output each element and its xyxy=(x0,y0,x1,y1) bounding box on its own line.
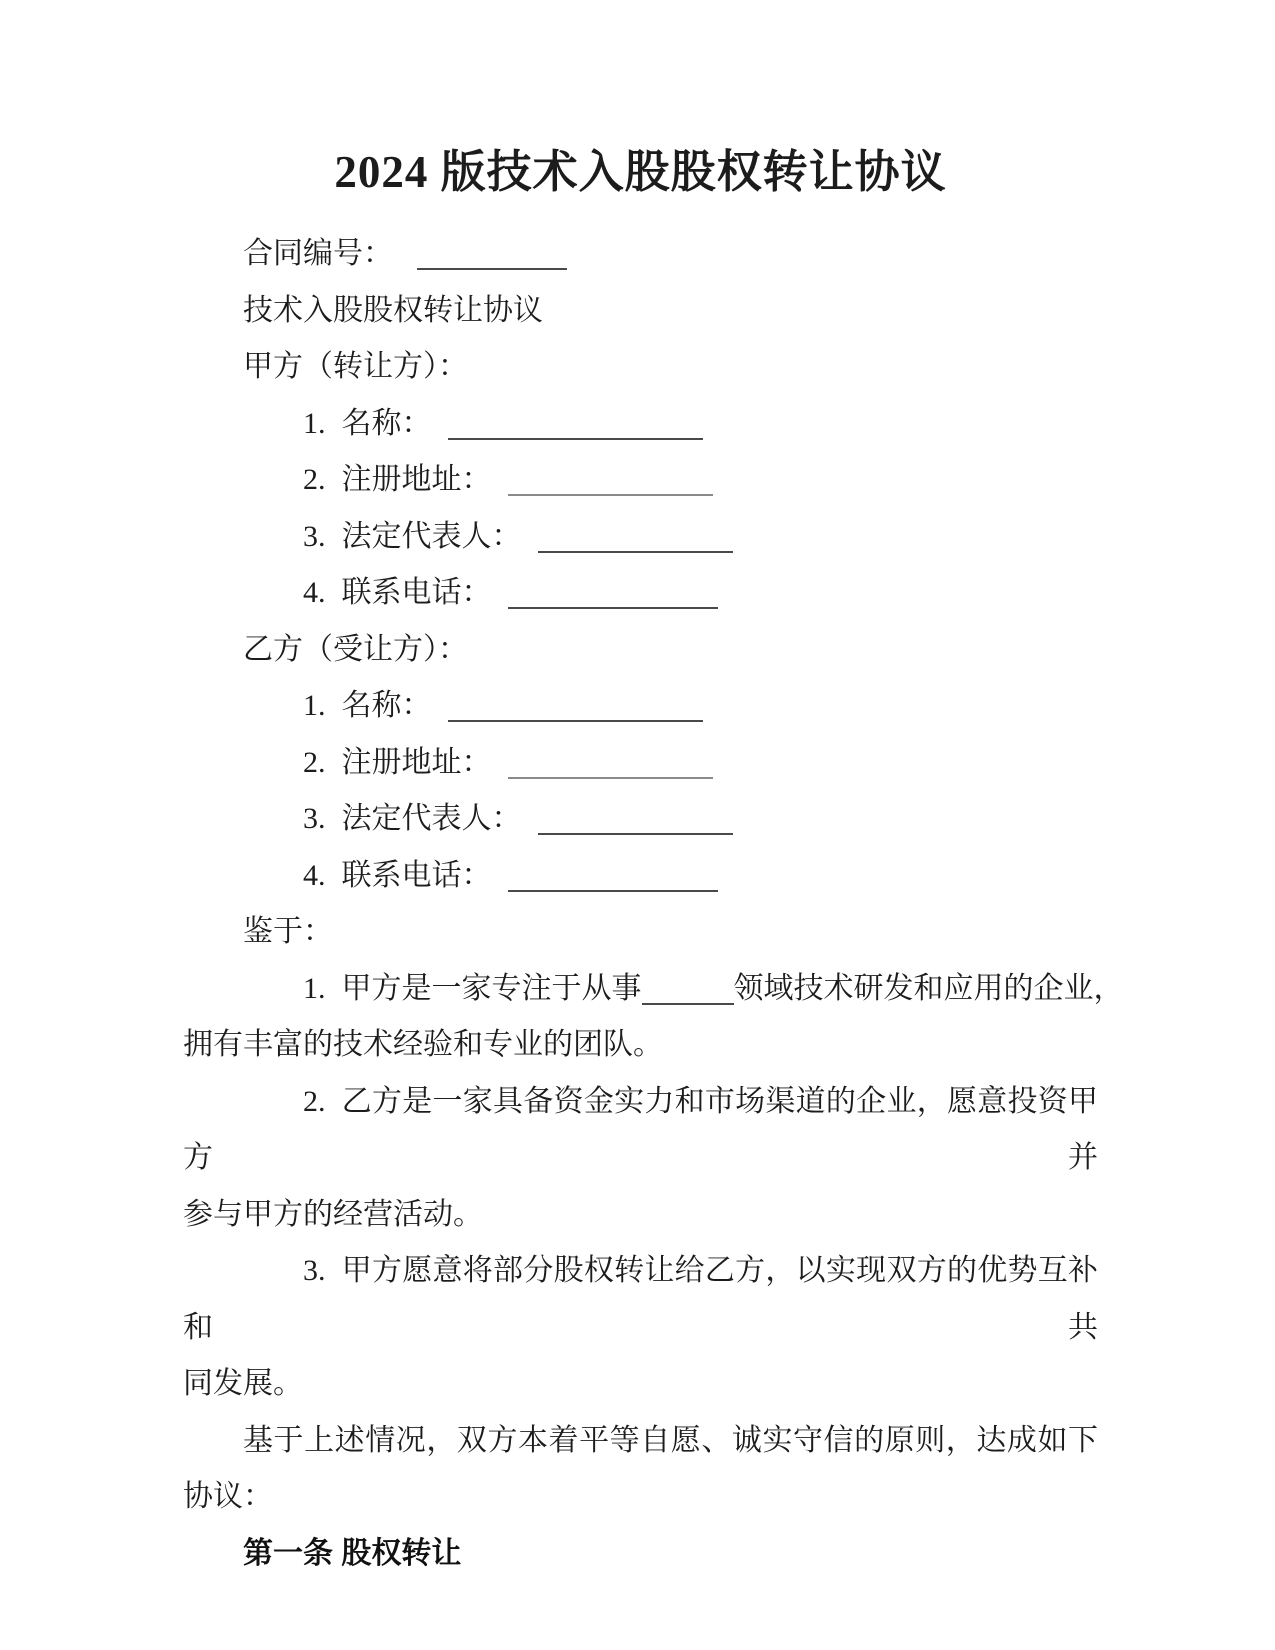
document-title: 2024 版技术入股股权转让协议 xyxy=(183,140,1098,204)
list-number: 4. xyxy=(243,565,326,622)
recital-3-line-2: 同发展。 xyxy=(183,1356,1098,1413)
list-number: 1. xyxy=(243,678,326,735)
party-b-name-blank[interactable] xyxy=(448,688,703,722)
list-number: 4. xyxy=(243,848,326,905)
recital-3-line-1: 3.甲方愿意将部分股权转让给乙方，以实现双方的优势互补和共 xyxy=(183,1243,1098,1356)
party-a-item-legal-rep: 3.法定代表人： xyxy=(183,509,1098,566)
party-b-address-label: 注册地址： xyxy=(342,746,492,779)
party-a-phone-label: 联系电话： xyxy=(342,576,492,609)
party-b-heading: 乙方（受让方）： xyxy=(183,622,1098,679)
party-b-phone-label: 联系电话： xyxy=(342,859,492,892)
party-a-phone-blank[interactable] xyxy=(508,575,718,609)
list-number: 3. xyxy=(243,791,326,848)
contract-number-line: 合同编号： xyxy=(183,226,1098,283)
recital-2-line-1: 2.乙方是一家具备资金实力和市场渠道的企业，愿意投资甲方并 xyxy=(183,1074,1098,1187)
party-b-legal-rep-blank[interactable] xyxy=(538,801,733,835)
closing-statement-line-2: 协议： xyxy=(183,1469,1098,1526)
recital-1-field-blank[interactable] xyxy=(642,971,734,1005)
party-b-name-label: 名称： xyxy=(342,689,432,722)
party-a-address-label: 注册地址： xyxy=(342,463,492,496)
recital-2-line-2: 参与甲方的经营活动。 xyxy=(183,1187,1098,1244)
recital-1-line-1: 1.甲方是一家专注于从事领域技术研发和应用的企业， xyxy=(183,961,1098,1018)
closing-statement-line-1: 基于上述情况，双方本着平等自愿、诚实守信的原则，达成如下 xyxy=(183,1413,1098,1470)
list-number: 1. xyxy=(243,961,326,1018)
list-number: 3. xyxy=(243,1243,326,1300)
party-b-legal-rep-label: 法定代表人： xyxy=(342,802,522,835)
party-a-item-address: 2.注册地址： xyxy=(183,452,1098,509)
party-a-heading: 甲方（转让方）： xyxy=(183,339,1098,396)
list-number: 2. xyxy=(243,452,326,509)
recitals-heading: 鉴于： xyxy=(183,904,1098,961)
party-a-name-label: 名称： xyxy=(342,407,432,440)
party-a-address-blank[interactable] xyxy=(508,462,713,496)
party-a-legal-rep-blank[interactable] xyxy=(538,519,733,553)
party-b-phone-blank[interactable] xyxy=(508,858,718,892)
party-b-item-name: 1.名称： xyxy=(183,678,1098,735)
party-a-legal-rep-label: 法定代表人： xyxy=(342,520,522,553)
party-b-address-blank[interactable] xyxy=(508,745,713,779)
party-a-item-name: 1.名称： xyxy=(183,396,1098,453)
list-number: 1. xyxy=(243,396,326,453)
contract-number-label: 合同编号： xyxy=(243,237,393,270)
party-b-item-legal-rep: 3.法定代表人： xyxy=(183,791,1098,848)
party-b-item-address: 2.注册地址： xyxy=(183,735,1098,792)
party-a-name-blank[interactable] xyxy=(448,406,703,440)
party-a-item-phone: 4.联系电话： xyxy=(183,565,1098,622)
contract-number-blank[interactable] xyxy=(417,236,567,270)
recital-1-text-pre: 甲方是一家专注于从事 xyxy=(342,972,642,1005)
contract-document-page: 2024 版技术入股股权转让协议 合同编号： 技术入股股权转让协议 甲方（转让方… xyxy=(0,0,1275,1650)
list-number: 2. xyxy=(243,735,326,792)
recital-1-line-2: 拥有丰富的技术经验和专业的团队。 xyxy=(183,1017,1098,1074)
list-number: 3. xyxy=(243,509,326,566)
recital-1-text-post: 领域技术研发和应用的企业， xyxy=(734,972,1124,1005)
party-b-item-phone: 4.联系电话： xyxy=(183,848,1098,905)
document-subtitle: 技术入股股权转让协议 xyxy=(183,283,1098,340)
list-number: 2. xyxy=(243,1074,326,1131)
article-1-heading: 第一条 股权转让 xyxy=(183,1526,1098,1583)
